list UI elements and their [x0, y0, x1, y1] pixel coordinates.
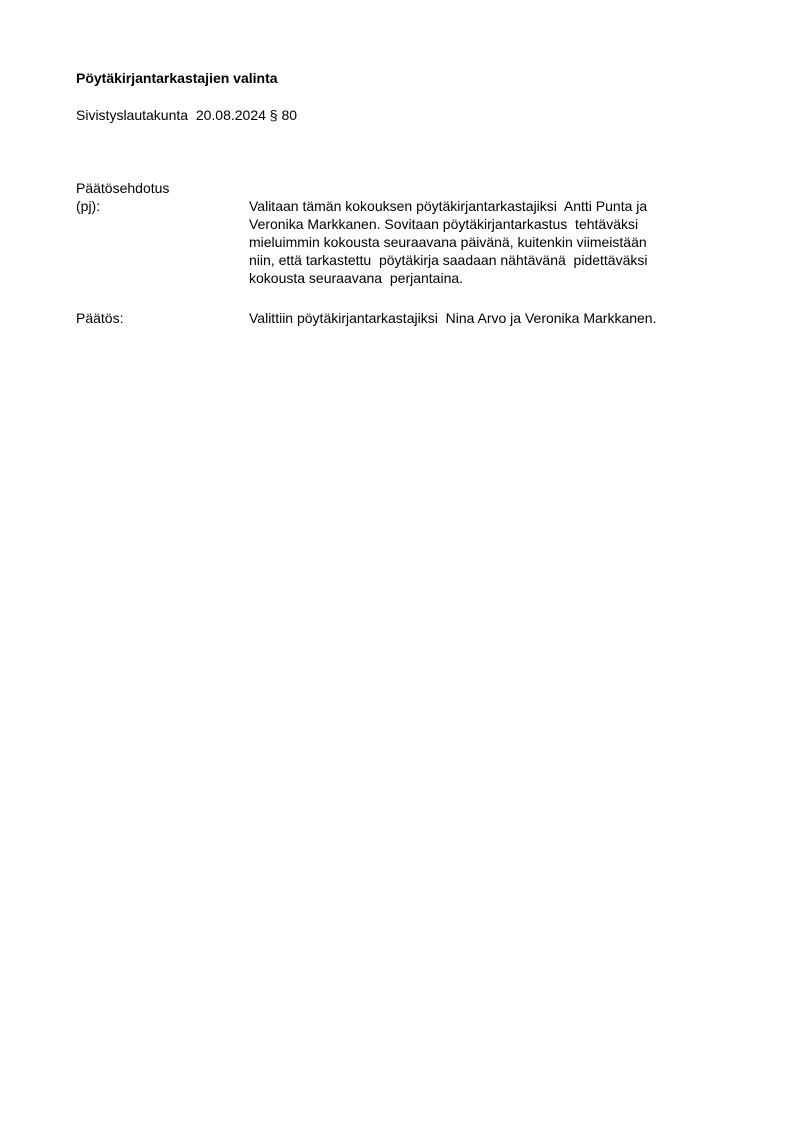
proposal-text-line: Valitaan tämän kokouksen pöytäkirjantark… [249, 197, 719, 215]
proposal-text-line: niin, että tarkastettu pöytäkirja saadaa… [249, 251, 719, 269]
decision-text: Valittiin pöytäkirjantarkastajiksi Nina … [249, 309, 719, 327]
proposal-text: Valitaan tämän kokouksen pöytäkirjantark… [249, 197, 719, 287]
proposal-label: Päätösehdotus (pj): [76, 179, 169, 215]
section-title: Pöytäkirjantarkastajien valinta [76, 69, 278, 87]
proposal-label-line2: (pj): [76, 197, 169, 215]
decision-label: Päätös: [76, 309, 123, 327]
decision-text-line: Valittiin pöytäkirjantarkastajiksi Nina … [249, 309, 719, 327]
proposal-label-line1: Päätösehdotus [76, 179, 169, 197]
proposal-text-line: Veronika Markkanen. Sovitaan pöytäkirjan… [249, 215, 719, 233]
meeting-reference: Sivistyslautakunta 20.08.2024 § 80 [76, 106, 297, 124]
proposal-text-line: kokousta seuraavana perjantaina. [249, 269, 719, 287]
proposal-text-line: mieluimmin kokousta seuraavana päivänä, … [249, 233, 719, 251]
